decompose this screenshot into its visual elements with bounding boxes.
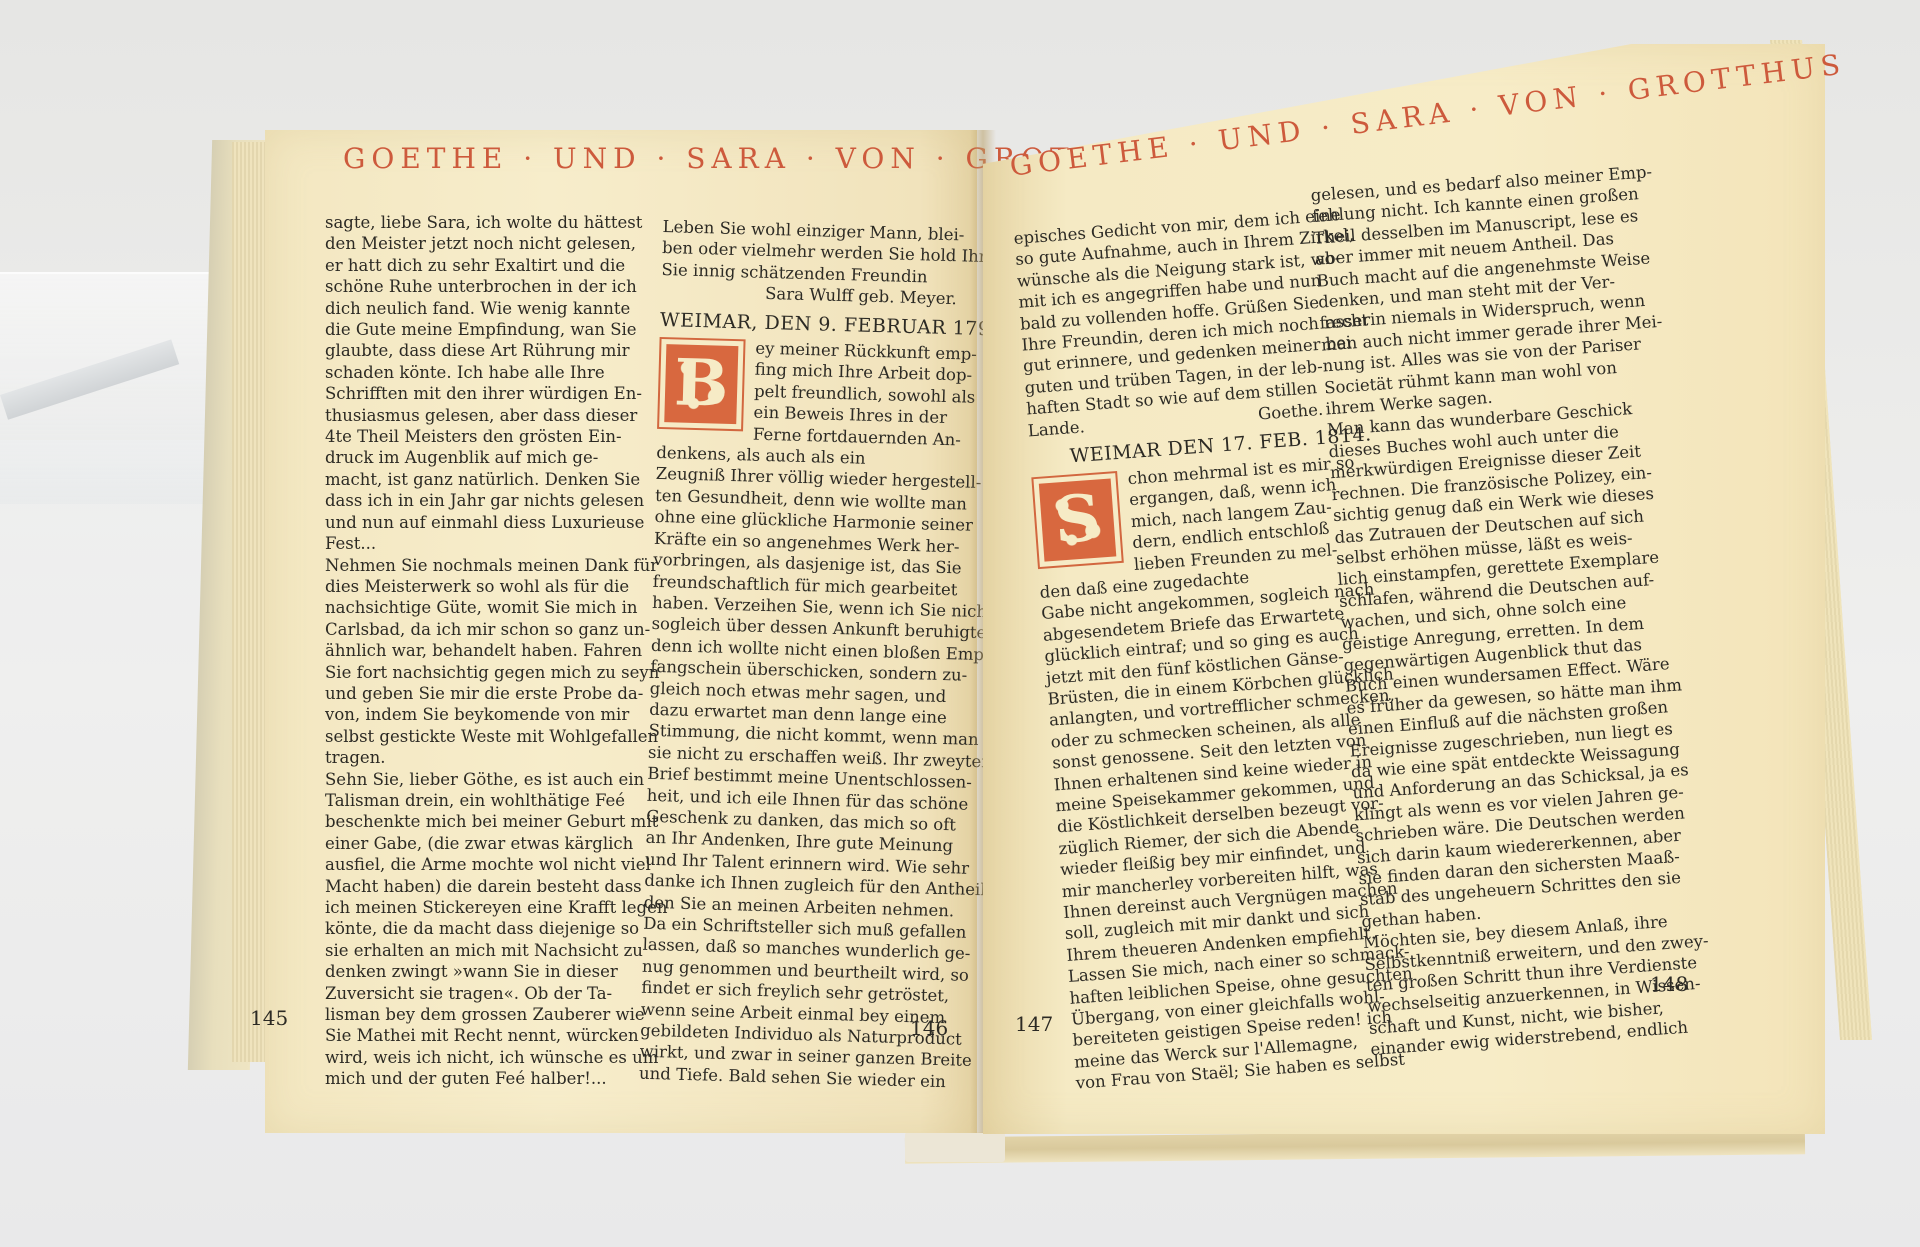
text-line: und nun auf einmahl diess Luxurieuse [325,512,695,533]
text-line: denken zwingt »wann Sie in dieser [325,961,695,982]
text-line: Sie fort nachsichtig gegen mich zu seyn [325,662,695,683]
text-line: und geben Sie mir die erste Probe da- [325,683,695,704]
text-line: beschenkte mich bei meiner Geburt mit [325,811,695,832]
left-page-spread: GOETHE · UND · SARA · VON · GROTTHUS sag… [265,130,977,1133]
text-line: Macht haben) die darein besteht dass [325,876,695,897]
page-147-text: episches Gedicht von mir, dem ich eineso… [1013,206,1372,1094]
text-line: tragen. [325,747,695,768]
text-line: Sehn Sie, lieber Göthe, es ist auch ein [325,769,695,790]
decorated-initial-s: S [1031,471,1124,569]
text-line: glaubte, dass diese Art Rührung mir [325,340,695,361]
page-145-text: sagte, liebe Sara, ich wolte du hättestd… [325,212,695,1090]
text-line: thusiasmus gelesen, aber dass dieser [325,405,695,426]
page-number-145: 145 [250,1006,288,1030]
page-148-text: gelesen, und es bedarf also meiner Emp-f… [1310,161,1710,1060]
text-line: macht, ist ganz natürlich. Denken Sie [325,469,695,490]
text-line: könte, die da macht dass diejenige so [325,918,695,939]
text-line: einer Gabe, (die zwar etwas kärglich [325,833,695,854]
text-line: dies Meisterwerk so wohl als für die [325,576,695,597]
text-line: er hatt dich zu sehr Exaltirt und die [325,255,695,276]
spine-headband [905,1132,1005,1162]
letter-date-1797: WEIMAR, DEN 9. FEBRUAR 1797. [660,310,956,340]
text-line: schöne Ruhe unterbrochen in der ich [325,276,695,297]
text-line: Zuversicht sie tragen«. Ob der Ta- [325,983,695,1004]
text-line: selbst gestickte Weste mit Wohlgefallen [325,726,695,747]
text-line: den Meister jetzt noch nicht gelesen, [325,233,695,254]
page-number-148: 148 [1650,972,1688,996]
text-line: sie erhalten an mich mit Nachsicht zu [325,940,695,961]
text-line: ausfiel, die Arme mochte wol nicht viel [325,854,695,875]
text-line: ähnlich war, behandelt haben. Fahren [325,640,695,661]
initial-letter-b: B [664,344,738,424]
text-line: Fest... [325,533,695,554]
text-line: ich meinen Stickereyen eine Krafft legen [325,897,695,918]
text-line: schaden könte. Ich habe alle Ihre [325,362,695,383]
text-line: Schrifften mit den ihrer würdigen En- [325,383,695,404]
text-line: Carlsbad, da ich mir schon so ganz un- [325,619,695,640]
initial-letter-s: S [1039,478,1117,561]
page-146-text: Leben Sie wohl einziger Mann, blei-ben o… [639,216,959,1092]
text-line: Talisman drein, ein wohlthätige Feé [325,790,695,811]
page-number-147: 147 [1015,1012,1053,1036]
text-line: die Gute meine Empfindung, wan Sie [325,319,695,340]
text-line: druck im Augenblik auf mich ge- [325,447,695,468]
text-line: dich neulich fand. Wie wenig kannte [325,298,695,319]
text-line: sagte, liebe Sara, ich wolte du hättest [325,212,695,233]
text-line: von, indem Sie beykomende von mir [325,704,695,725]
page-number-146: 146 [910,1016,948,1040]
decorated-initial-b: B [657,337,746,431]
text-line: 4te Theil Meisters den grösten Ein- [325,426,695,447]
text-line: dass ich in ein Jahr gar nichts gelesen [325,490,695,511]
text-line: Nehmen Sie nochmals meinen Dank für [325,555,695,576]
text-line: nachsichtige Güte, womit Sie mich in [325,597,695,618]
